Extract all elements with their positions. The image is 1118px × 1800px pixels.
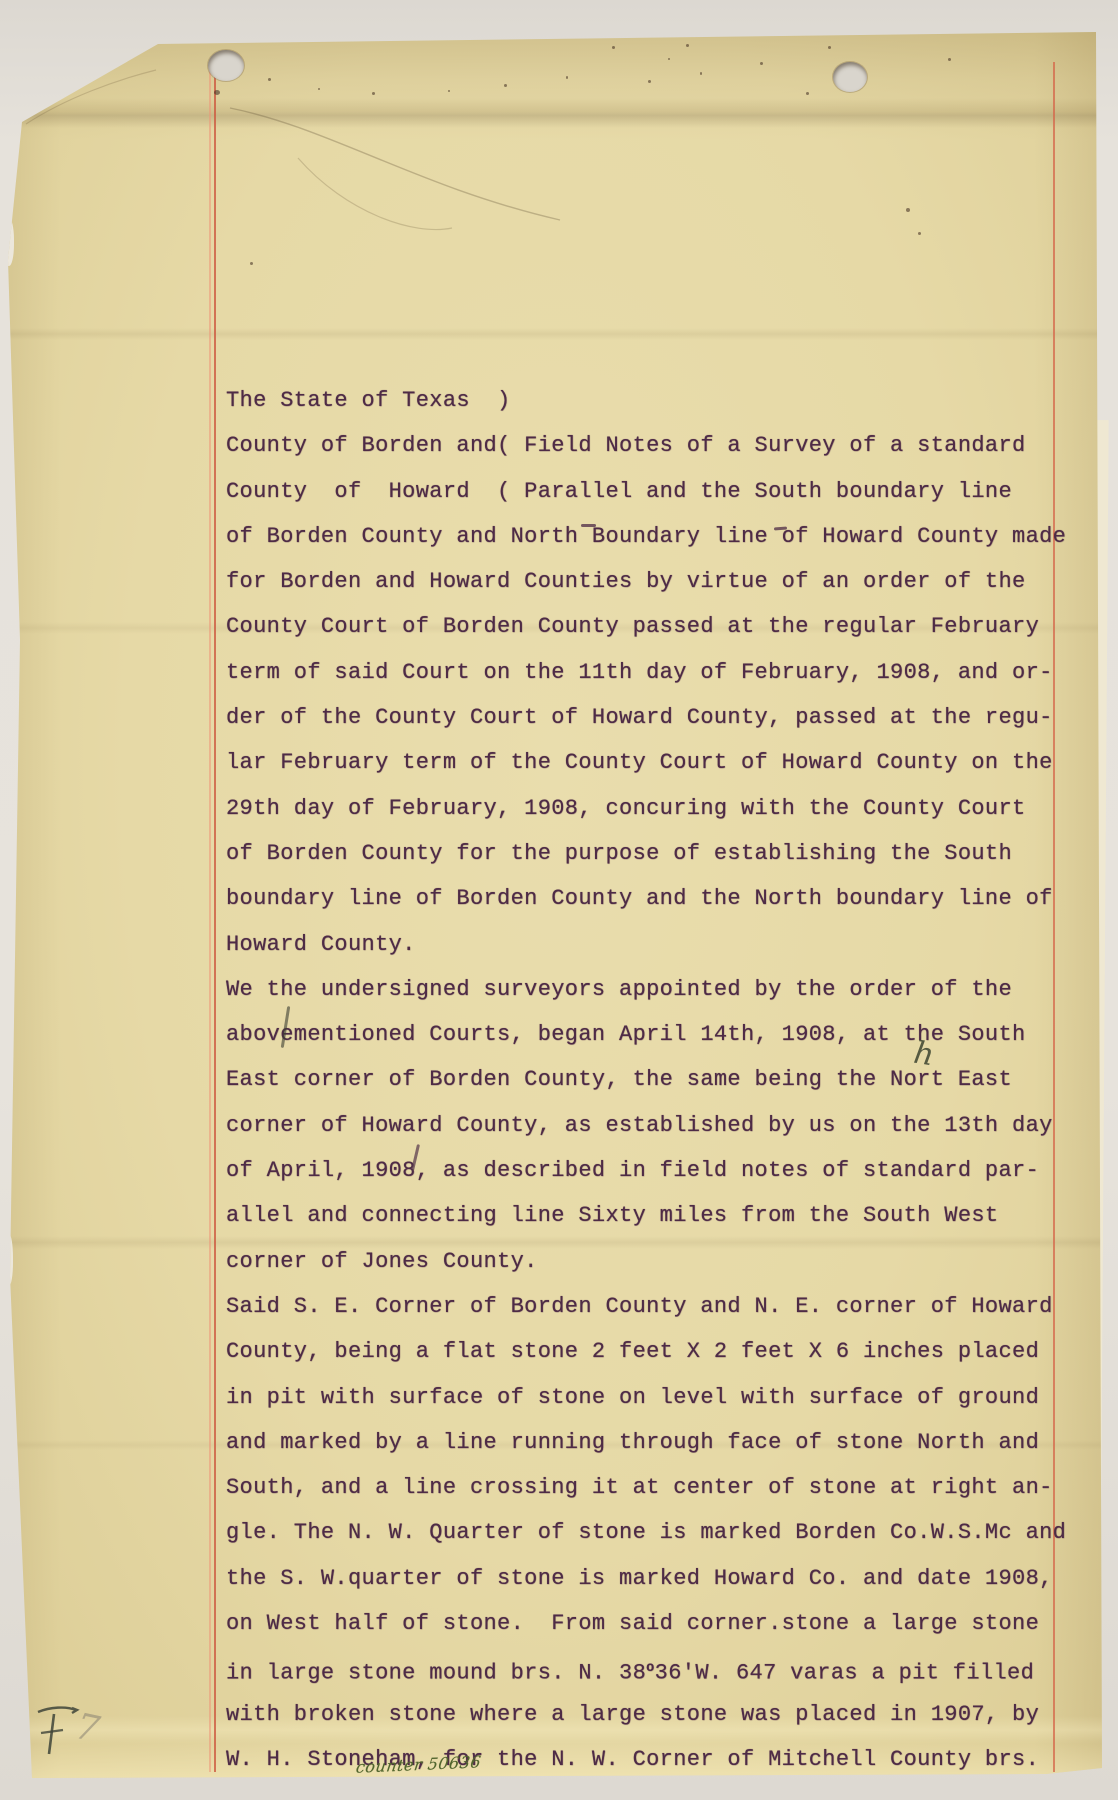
text-line: County of Borden and( Field Notes of a S… <box>226 423 1086 468</box>
text-line: South, and a line crossing it at center … <box>226 1465 1086 1510</box>
text-line: County, being a flat stone 2 feet X 2 fe… <box>226 1329 1086 1374</box>
text-line: on West half of stone. From said corner.… <box>226 1601 1086 1646</box>
text-line: the S. W.quarter of stone is marked Howa… <box>226 1556 1086 1601</box>
paper-sheet: The State of Texas )County of Borden and… <box>6 28 1104 1780</box>
text-line: abovementioned Courts, began April 14th,… <box>226 1012 1086 1057</box>
text-line: of April, 1908, as described in field no… <box>226 1148 1086 1193</box>
text-line: allel and connecting line Sixty miles fr… <box>226 1193 1086 1238</box>
paper-tear-chip <box>4 1234 13 1286</box>
document-text: The State of Texas )County of Borden and… <box>226 378 1086 1782</box>
text-line: of Borden County for the purpose of esta… <box>226 831 1086 876</box>
text-line: der of the County Court of Howard County… <box>226 695 1086 740</box>
text-line: Howard County. <box>226 922 1086 967</box>
margin-line-left-outer <box>209 62 211 1772</box>
punch-hole <box>208 50 244 81</box>
text-line: and marked by a line running through fac… <box>226 1420 1086 1465</box>
margin-line-left <box>214 62 216 1772</box>
text-line: in pit with surface of stone on level wi… <box>226 1375 1086 1420</box>
text-line: 29th day of February, 1908, concuring wi… <box>226 786 1086 831</box>
overstrike-mark <box>581 524 596 527</box>
handwritten-corner-mark <box>34 1700 80 1760</box>
text-line: lar February term of the County Court of… <box>226 740 1086 785</box>
text-line: corner of Jones County. <box>226 1239 1086 1284</box>
text-line: The State of Texas ) <box>226 378 1086 423</box>
paper-tear-chip <box>3 218 14 266</box>
text-line: corner of Howard County, as established … <box>226 1103 1086 1148</box>
text-line: with broken stone where a large stone wa… <box>226 1692 1086 1737</box>
text-line: Said S. E. Corner of Borden County and N… <box>226 1284 1086 1329</box>
text-line: We the undersigned surveyors appointed b… <box>226 967 1086 1012</box>
fold-crease <box>6 328 1104 340</box>
text-line: East corner of Borden County, the same b… <box>226 1057 1086 1102</box>
text-line: County Court of Borden County passed at … <box>226 604 1086 649</box>
text-line: of Borden County and North Boundary line… <box>226 514 1086 559</box>
text-line: County of Howard ( Parallel and the Sout… <box>226 469 1086 514</box>
text-line: boundary line of Borden County and the N… <box>226 876 1086 921</box>
punch-hole <box>833 62 867 92</box>
text-line: term of said Court on the 11th day of Fe… <box>226 650 1086 695</box>
text-line: for Borden and Howard Counties by virtue… <box>226 559 1086 604</box>
fold-crease <box>6 98 1104 128</box>
text-line: gle. The N. W. Quarter of stone is marke… <box>226 1510 1086 1555</box>
text-line: in large stone mound brs. N. 38o36'W. 64… <box>226 1646 1086 1691</box>
